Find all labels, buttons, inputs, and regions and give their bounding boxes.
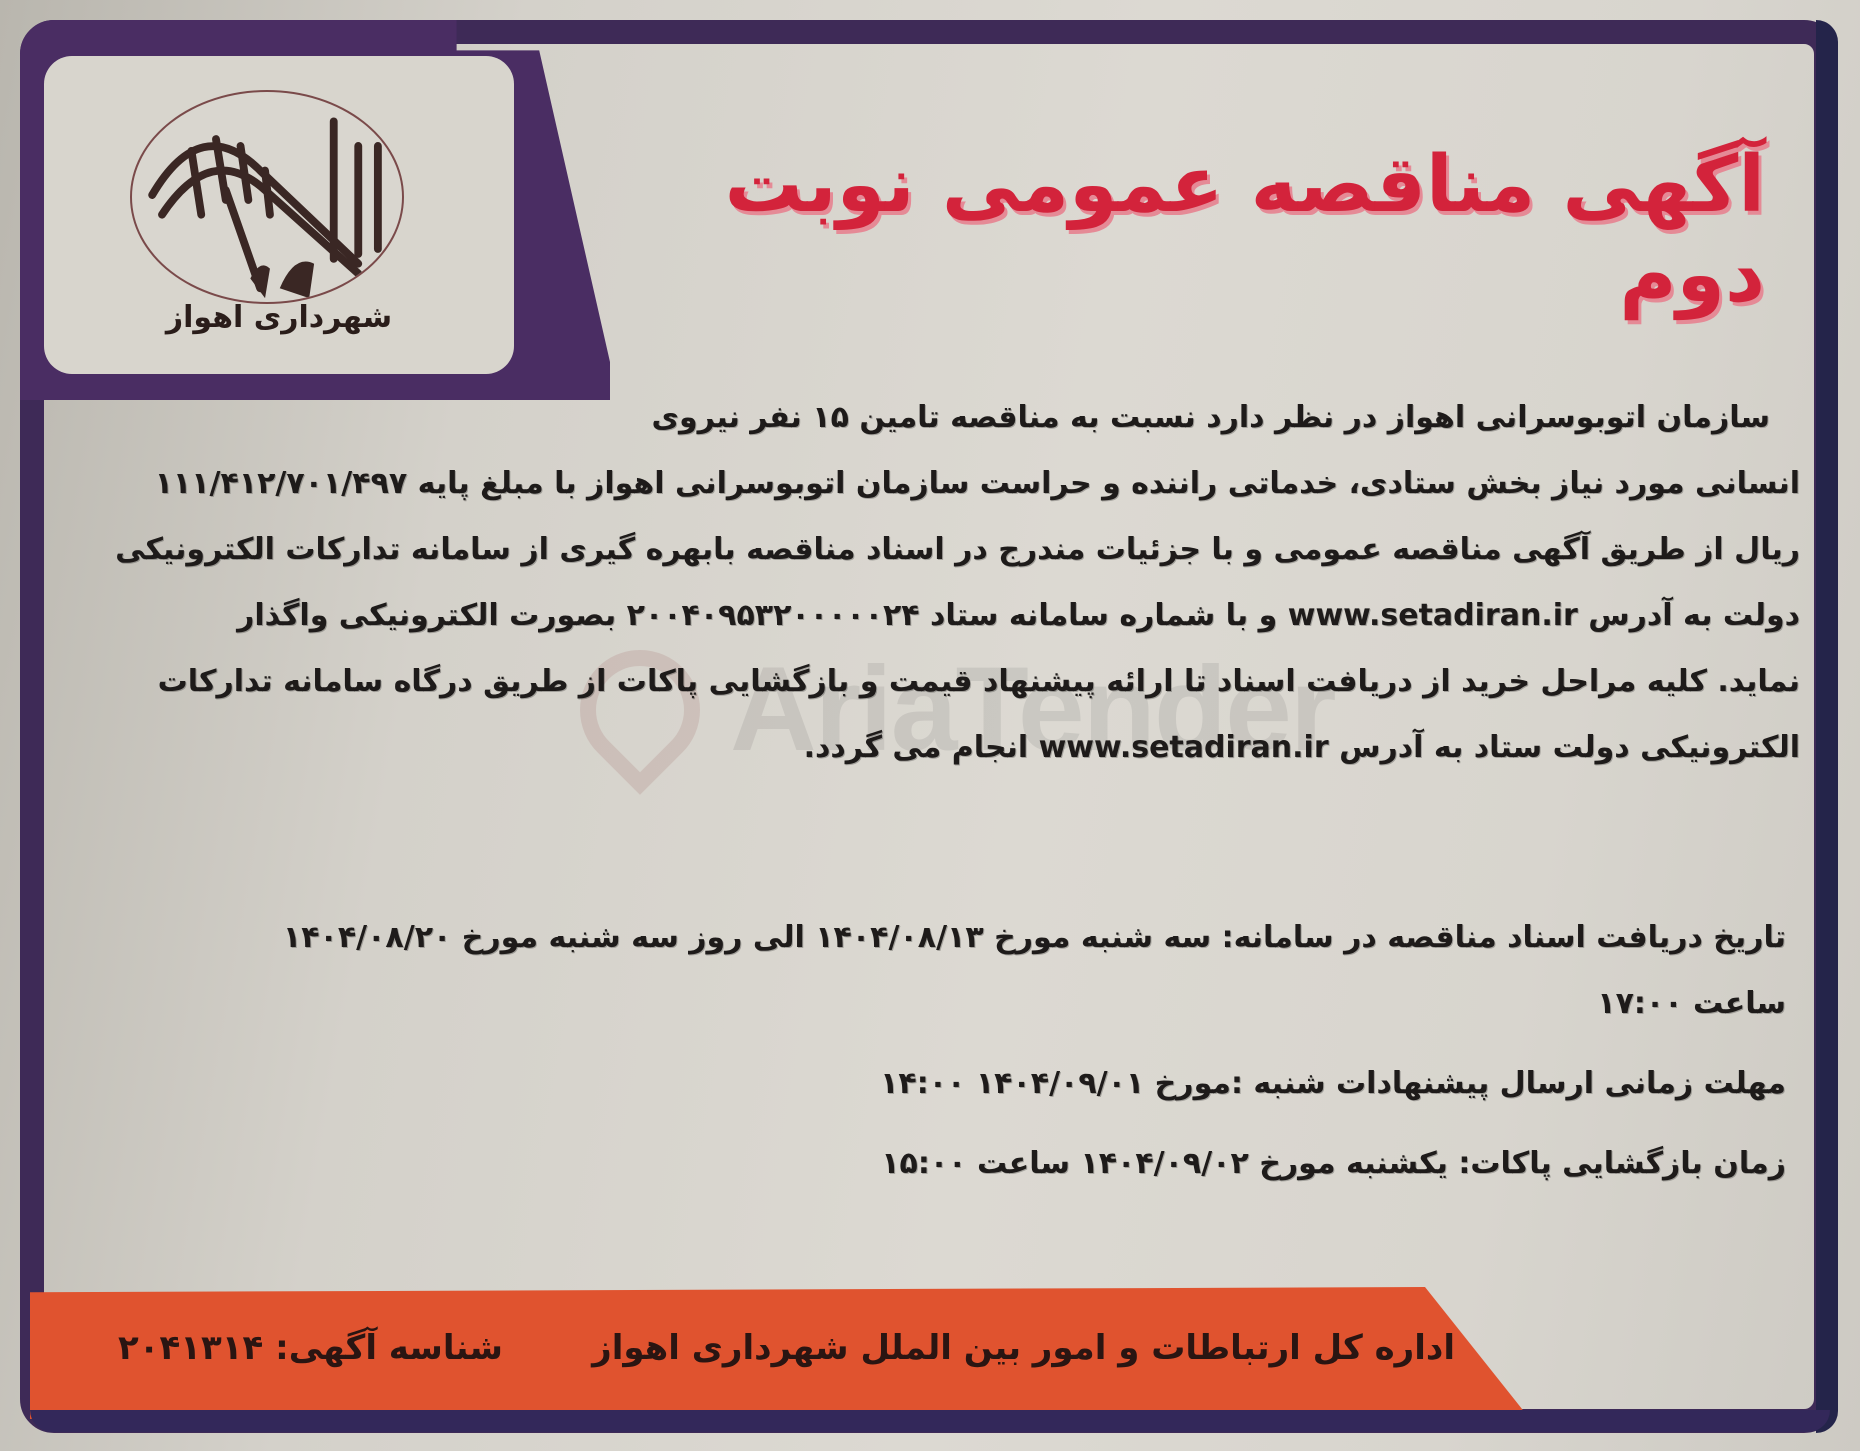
footer-frame-bottom [30,1410,1830,1432]
body-line: الکترونیکی دولت ستاد به آدرس www.setadir… [72,715,1800,781]
body-line: دولت به آدرس www.setadiran.ir و با شماره… [72,583,1800,649]
body-line: ریال از طریق آگهی مناقصه عمومی و با جزئی… [72,517,1800,583]
body-line: نماید. کلیه مراحل خرید از دریافت اسناد ت… [72,649,1800,715]
document-receipt-dates: تاریخ دریافت اسناد مناقصه در سامانه: سه … [72,905,1800,971]
bridge-icon [130,90,404,304]
body-line: سازمان اتوبوسرانی اهواز در نظر دارد نسبت… [72,385,1800,451]
tender-schedule: تاریخ دریافت اسناد مناقصه در سامانه: سه … [72,905,1800,1197]
notice-body: سازمان اتوبوسرانی اهواز در نظر دارد نسبت… [72,385,1800,781]
ad-identifier: شناسه آگهی: ۲۰۴۱۳۱۴ [118,1328,503,1368]
notice-frame-right-edge [1816,20,1838,1433]
municipality-name: شهرداری اهواز [44,300,514,335]
body-line: انسانی مورد نیاز بخش ستادی، خدماتی رانند… [72,451,1800,517]
document-receipt-time: ساعت ۱۷:۰۰ [72,971,1800,1037]
submission-deadline: مهلت زمانی ارسال پیشنهادات شنبه :مورخ ۱۴… [72,1051,1800,1117]
notice-title: آگهی مناقصه عمومی نوبت دوم [665,140,1765,320]
issuing-department: اداره کل ارتباطات و امور بین الملل شهردا… [592,1328,1455,1368]
bid-opening-time: زمان بازگشایی پاکات: یکشنبه مورخ ۱۴۰۴/۰۹… [72,1131,1800,1197]
